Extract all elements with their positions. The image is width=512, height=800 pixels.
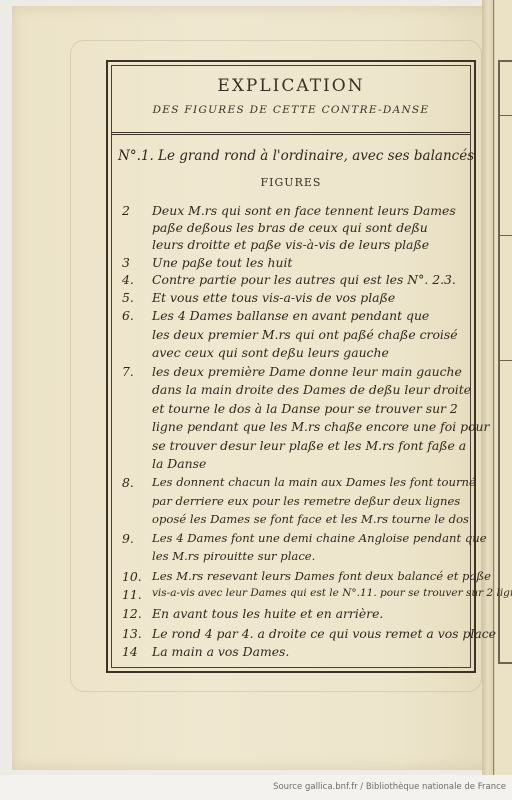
explication-frame: EXPLICATION DES FIGURES DE CETTE CONTRE-… — [106, 60, 476, 673]
figure-text: paße deßous les bras de ceux qui sont de… — [152, 220, 428, 235]
figure-number: 4. — [122, 272, 146, 287]
page-subtitle: DES FIGURES DE CETTE CONTRE-DANSE — [112, 104, 470, 116]
figure-line: 9.Les 4 Dames font une demi chaine Anglo… — [112, 531, 470, 551]
figure-text: dans la main droite des Dames de deßu le… — [152, 382, 471, 397]
figure-line: 7.les deux première Dame donne leur main… — [112, 364, 470, 384]
figure-text: les deux première Dame donne leur main g… — [152, 364, 462, 379]
figure-text: vis-a-vis avec leur Dames qui est le N°.… — [152, 587, 512, 599]
figure-line: par derriere eux pour les remetre deßur … — [112, 494, 470, 514]
figure-text: Une paße tout les huit — [152, 255, 292, 270]
figure-line: 10.Les M.rs resevant leurs Dames font de… — [112, 569, 470, 589]
figure-number: 7. — [122, 364, 146, 379]
adjacent-page-rule — [498, 235, 512, 236]
figure-text: Les M.rs resevant leurs Dames font deux … — [152, 569, 491, 583]
figure-line: 5.Et vous ette tous vis-a-vis de vos pla… — [112, 290, 470, 310]
figure-number: 13. — [122, 626, 146, 641]
title-block: EXPLICATION DES FIGURES DE CETTE CONTRE-… — [112, 66, 470, 135]
figure-text: Deux M.rs qui sont en face tennent leurs… — [152, 203, 456, 218]
page-title: EXPLICATION — [112, 76, 470, 96]
adjacent-page-edge — [495, 0, 512, 775]
figure-text: Les 4 Dames font une demi chaine Anglois… — [152, 531, 487, 545]
figure-number: 5. — [122, 290, 146, 305]
scan-area: EXPLICATION DES FIGURES DE CETTE CONTRE-… — [0, 0, 512, 775]
figure-line: les deux premier M.rs qui ont paßé chaße… — [112, 327, 470, 347]
figure-line: 6.Les 4 Dames ballanse en avant pendant … — [112, 308, 470, 328]
figure-text: Le rond 4 par 4. a droite ce qui vous re… — [152, 626, 496, 641]
figure-text: Et vous ette tous vis-a-vis de vos plaße — [152, 290, 395, 305]
figure-number: 6. — [122, 308, 146, 323]
figure-line: ligne pendant que les M.rs chaße encore … — [112, 419, 470, 439]
intro-line: N°.1. Le grand rond à l'ordinaire, avec … — [118, 148, 474, 164]
figure-line: et tourne le dos à la Danse pour se trou… — [112, 401, 470, 421]
explication-inner-frame: EXPLICATION DES FIGURES DE CETTE CONTRE-… — [111, 65, 471, 668]
figure-text: par derriere eux pour les remetre deßur … — [152, 494, 460, 508]
figure-line: 4.Contre partie pour les autres qui est … — [112, 272, 470, 292]
figure-line: 12.En avant tous les huite et en arrière… — [112, 606, 470, 626]
figure-text: Contre partie pour les autres qui est le… — [152, 272, 456, 287]
figure-text: les deux premier M.rs qui ont paßé chaße… — [152, 327, 458, 342]
figure-line: 14La main a vos Dames. — [112, 644, 470, 664]
figure-line: se trouver desur leur plaße et les M.rs … — [112, 438, 470, 458]
adjacent-page-rule — [498, 115, 512, 116]
figure-text: avec ceux qui sont deßu leurs gauche — [152, 345, 389, 360]
figure-number: 10. — [122, 569, 146, 584]
adjacent-page-frame — [498, 60, 512, 664]
figure-number: 8. — [122, 475, 146, 490]
figure-line: 8.Les donnent chacun la main aux Dames l… — [112, 475, 470, 495]
figure-number: 11. — [122, 587, 146, 602]
figures-heading: FIGURES — [112, 176, 470, 189]
figure-number: 9. — [122, 531, 146, 546]
figures-body: N°.1. Le grand rond à l'ordinaire, avec … — [112, 138, 470, 667]
figure-text: En avant tous les huite et en arrière. — [152, 606, 383, 621]
figure-text: oposé les Dames se font face et les M.rs… — [152, 512, 469, 526]
figure-line: 13.Le rond 4 par 4. a droite ce qui vous… — [112, 626, 470, 646]
source-credit: Source gallica.bnf.fr / Bibliothèque nat… — [273, 782, 506, 792]
adjacent-page-rule — [498, 360, 512, 361]
figure-text: La main a vos Dames. — [152, 644, 289, 659]
figure-text: Les donnent chacun la main aux Dames les… — [152, 475, 476, 489]
figure-line: avec ceux qui sont deßu leurs gauche — [112, 345, 470, 365]
figure-line: la Danse — [112, 456, 470, 476]
figure-text: les M.rs pirouitte sur place. — [152, 549, 315, 563]
figure-number: 3 — [122, 255, 146, 270]
figure-line: leurs droitte et paße vis-à-vis de leurs… — [112, 237, 470, 257]
figure-number: 12. — [122, 606, 146, 621]
figure-line: dans la main droite des Dames de deßu le… — [112, 382, 470, 402]
figure-text: ligne pendant que les M.rs chaße encore … — [152, 419, 489, 434]
figure-line: oposé les Dames se font face et les M.rs… — [112, 512, 470, 532]
figure-text: se trouver desur leur plaße et les M.rs … — [152, 438, 466, 453]
figure-line: 11.vis-a-vis avec leur Dames qui est le … — [112, 587, 470, 607]
figure-text: leurs droitte et paße vis-à-vis de leurs… — [152, 237, 429, 252]
figure-line: les M.rs pirouitte sur place. — [112, 549, 470, 569]
figure-text: Les 4 Dames ballanse en avant pendant qu… — [152, 308, 429, 323]
figure-text: et tourne le dos à la Danse pour se trou… — [152, 401, 458, 416]
gutter-line — [493, 0, 494, 775]
figure-text: la Danse — [152, 456, 206, 471]
figure-number: 2 — [122, 203, 146, 218]
figure-number: 14 — [122, 644, 146, 659]
